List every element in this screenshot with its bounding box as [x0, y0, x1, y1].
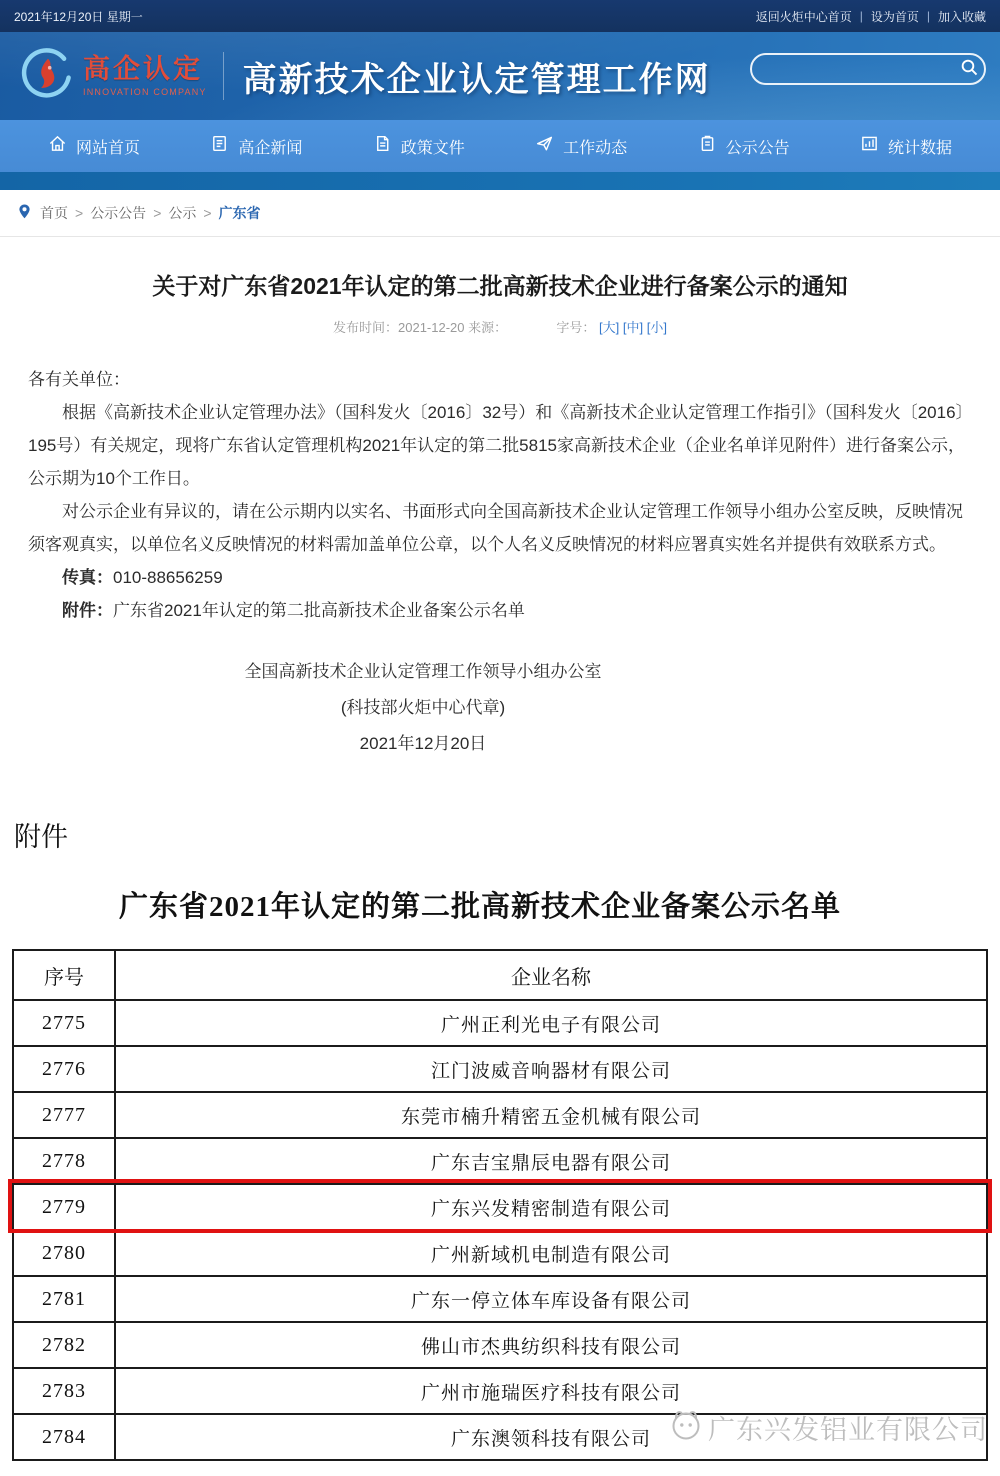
publish-date: 2021-12-20 [398, 320, 465, 335]
watermark-face-icon [668, 1406, 704, 1449]
company-name-cell: 广东兴发精密制造有限公司 [115, 1184, 987, 1230]
logo-title: 高企认定 [83, 56, 207, 83]
table-row: 2780广州新域机电制造有限公司 [13, 1230, 987, 1276]
nav-item-policy[interactable]: 政策文件 [373, 134, 465, 158]
nav-item-stats[interactable]: 统计数据 [860, 134, 952, 158]
attachment-label: 附件： [62, 601, 113, 620]
attachment-name: 广东省2021年认定的第二批高新技术企业备案公示名单 [113, 601, 525, 620]
nav-item-news[interactable]: 高企新闻 [210, 134, 302, 158]
breadcrumb-publicity[interactable]: 公示 [168, 203, 196, 223]
fontsize-medium-button[interactable]: [中] [623, 320, 643, 335]
company-name-cell: 广东一停立体车库设备有限公司 [115, 1276, 987, 1322]
serial-cell: 2782 [13, 1322, 115, 1368]
watermark: 广东兴发铝业有限公司 [668, 1406, 988, 1449]
nav-label: 网站首页 [76, 135, 140, 158]
breadcrumb: 首页 > 公示公告 > 公示 > 广东省 [0, 190, 1000, 237]
company-name-cell: 广东吉宝鼎辰电器有限公司 [115, 1138, 987, 1184]
link-separator: | [860, 9, 863, 23]
attachment-table-title: 广东省2021年认定的第二批高新技术企业备案公示名单 [0, 884, 1000, 925]
fax-number: 010-88656259 [113, 568, 223, 587]
article-body: 关于对广东省2021年认定的第二批高新技术企业进行备案公示的通知 发布时间：20… [0, 271, 1000, 762]
article-title: 关于对广东省2021年认定的第二批高新技术企业进行备案公示的通知 [58, 271, 942, 302]
table-row: 2775广州正利光电子有限公司 [13, 1000, 987, 1046]
top-utility-bar: 2021年12月20日 星期一 返回火炬中心首页 | 设为首页 | 加入收藏 [0, 0, 1000, 32]
article-meta: 发布时间：2021-12-20 来源： 字号： [大] [中] [小] [28, 317, 972, 336]
serial-cell: 2783 [13, 1368, 115, 1414]
nav-label: 高企新闻 [238, 135, 302, 158]
serial-cell: 2780 [13, 1230, 115, 1276]
table-row: 2781广东一停立体车库设备有限公司 [13, 1276, 987, 1322]
publish-time-label: 发布时间： [333, 320, 398, 335]
home-icon [48, 134, 67, 158]
signature-block: 全国高新技术企业认定管理工作领导小组办公室 (科技部火炬中心代章) 2021年1… [28, 654, 818, 762]
serial-cell: 2778 [13, 1138, 115, 1184]
fax-line: 传真：010-88656259 [28, 561, 972, 594]
company-table: 序号 企业名称 2775广州正利光电子有限公司2776江门波威音响器材有限公司2… [12, 949, 988, 1461]
set-homepage-link[interactable]: 设为首页 [871, 8, 919, 25]
link-separator: | [927, 9, 930, 23]
breadcrumb-separator: > [153, 205, 161, 221]
nav-item-work[interactable]: 工作动态 [535, 134, 627, 158]
company-name-cell: 广州新域机电制造有限公司 [115, 1230, 987, 1276]
header-divider [223, 52, 224, 100]
breadcrumb-guangdong[interactable]: 广东省 [219, 203, 261, 223]
site-logo[interactable]: 高企认定 INNOVATION COMPANY [20, 47, 207, 106]
clipboard-icon [698, 134, 717, 158]
company-table-body: 2775广州正利光电子有限公司2776江门波威音响器材有限公司2777东莞市楠升… [13, 1000, 987, 1460]
breadcrumb-home[interactable]: 首页 [40, 203, 68, 223]
attachment-heading: 附件 [14, 815, 1000, 854]
table-row: 2778广东吉宝鼎辰电器有限公司 [13, 1138, 987, 1184]
company-name-cell: 江门波威音响器材有限公司 [115, 1046, 987, 1092]
site-header: 高企认定 INNOVATION COMPANY 高新技术企业认定管理工作网 [0, 32, 1000, 120]
fax-label: 传真： [62, 568, 113, 587]
logo-subtitle: INNOVATION COMPANY [83, 87, 207, 97]
serial-cell: 2775 [13, 1000, 115, 1046]
nav-label: 政策文件 [401, 135, 465, 158]
company-name-cell: 广州正利光电子有限公司 [115, 1000, 987, 1046]
signature-office: 全国高新技术企业认定管理工作领导小组办公室 [28, 654, 818, 690]
serial-cell: 2777 [13, 1092, 115, 1138]
back-to-torch-home-link[interactable]: 返回火炬中心首页 [756, 8, 852, 25]
policy-doc-icon [373, 134, 392, 158]
header-company-name: 企业名称 [115, 950, 987, 1000]
table-row: 2782佛山市杰典纺织科技有限公司 [13, 1322, 987, 1368]
logo-swirl-icon [20, 47, 74, 106]
table-header-row: 序号 企业名称 [13, 950, 987, 1000]
current-date: 2021年12月20日 星期一 [14, 8, 143, 25]
search-button[interactable] [954, 55, 984, 83]
nav-label: 公示公告 [726, 135, 790, 158]
company-name-cell: 佛山市杰典纺织科技有限公司 [115, 1322, 987, 1368]
serial-cell: 2781 [13, 1276, 115, 1322]
company-table-wrapper: 序号 企业名称 2775广州正利光电子有限公司2776江门波威音响器材有限公司2… [12, 949, 988, 1461]
send-icon [535, 134, 554, 158]
nav-label: 统计数据 [888, 135, 952, 158]
signature-agency: (科技部火炬中心代章) [28, 690, 818, 726]
breadcrumb-notices[interactable]: 公示公告 [90, 203, 146, 223]
fontsize-large-button[interactable]: [大] [599, 320, 619, 335]
nav-item-home[interactable]: 网站首页 [48, 134, 140, 158]
stats-icon [860, 134, 879, 158]
paragraph-regulation: 根据《高新技术企业认定管理办法》（国科发火〔2016〕32号）和《高新技术企业认… [28, 396, 972, 495]
header-serial: 序号 [13, 950, 115, 1000]
attachment-line: 附件：广东省2021年认定的第二批高新技术企业备案公示名单 [28, 594, 972, 627]
paragraph-objection: 对公示企业有异议的，请在公示期内以实名、书面形式向全国高新技术企业认定管理工作领… [28, 495, 972, 561]
nav-item-notice[interactable]: 公示公告 [698, 134, 790, 158]
table-row: 2777东莞市楠升精密五金机械有限公司 [13, 1092, 987, 1138]
news-icon [210, 134, 229, 158]
breadcrumb-separator: > [203, 205, 211, 221]
header-bottom-strip [0, 172, 1000, 190]
table-row: 2779广东兴发精密制造有限公司 [13, 1184, 987, 1230]
fontsize-small-button[interactable]: [小] [647, 320, 667, 335]
main-nav: 网站首页 高企新闻 政策文件 工作动态 公示公告 [0, 120, 1000, 172]
salutation: 各有关单位： [28, 363, 972, 396]
breadcrumb-separator: > [75, 205, 83, 221]
fontsize-label: 字号： [556, 320, 595, 335]
serial-cell: 2776 [13, 1046, 115, 1092]
search-icon [960, 58, 979, 80]
search-input[interactable] [752, 62, 954, 77]
location-pin-icon [16, 203, 33, 223]
search-box[interactable] [750, 53, 986, 85]
watermark-text: 广东兴发铝业有限公司 [708, 1408, 988, 1447]
table-row: 2776江门波威音响器材有限公司 [13, 1046, 987, 1092]
signature-date: 2021年12月20日 [28, 726, 818, 762]
source-label: 来源： [468, 320, 507, 335]
add-favorite-link[interactable]: 加入收藏 [938, 8, 986, 25]
serial-cell: 2784 [13, 1414, 115, 1460]
site-title: 高新技术企业认定管理工作网 [243, 52, 711, 101]
company-name-cell: 东莞市楠升精密五金机械有限公司 [115, 1092, 987, 1138]
serial-cell: 2779 [13, 1184, 115, 1230]
nav-label: 工作动态 [563, 135, 627, 158]
